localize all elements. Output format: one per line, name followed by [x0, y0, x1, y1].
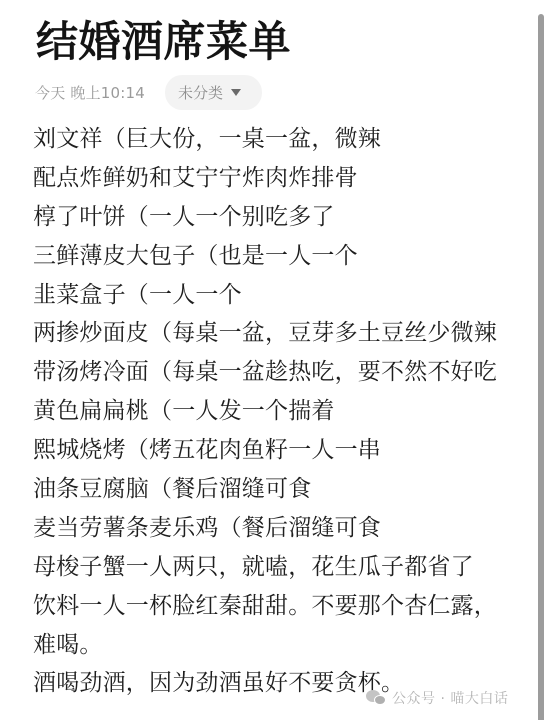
scrollbar[interactable]: [538, 14, 544, 720]
note-line: 饮料一人一杯脸红秦甜甜。不要那个杏仁露，: [33, 587, 513, 626]
wechat-icon: [366, 689, 388, 707]
note-meta: 今天 晚上10:14 未分类: [35, 75, 145, 110]
category-dropdown[interactable]: 未分类: [165, 75, 262, 110]
note-view: 结婚酒席菜单 今天 晚上10:14 未分类 刘文祥（巨大份，一桌一盆，微辣 配点…: [0, 0, 538, 720]
note-line: 难喝。: [33, 626, 513, 665]
note-line: 椁了叶饼（一人一个别吃多了: [33, 198, 513, 237]
note-line: 熙城烧烤（烤五花肉鱼籽一人一串: [33, 431, 513, 470]
note-line: 母梭子蟹一人两只，就嗑，花生瓜子都省了: [33, 548, 513, 587]
note-line: 带汤烤冷面（每桌一盆趁热吃，要不然不好吃: [33, 353, 513, 392]
watermark: 公众号 · 喵大白话: [366, 688, 508, 708]
note-body[interactable]: 刘文祥（巨大份，一桌一盆，微辣 配点炸鲜奶和艾宁宁炸肉炸排骨 椁了叶饼（一人一个…: [33, 120, 513, 703]
note-timestamp: 今天 晚上10:14: [35, 82, 145, 103]
note-line: 三鲜薄皮大包子（也是一人一个: [33, 237, 513, 276]
note-line: 两掺炒面皮（每桌一盆，豆芽多土豆丝少微辣: [33, 314, 513, 353]
note-line: 韭菜盒子（一人一个: [33, 276, 513, 315]
note-line: 油条豆腐脑（餐后溜缝可食: [33, 470, 513, 509]
note-title[interactable]: 结婚酒席菜单: [36, 14, 291, 70]
caret-down-icon: [231, 89, 241, 96]
note-line: 刘文祥（巨大份，一桌一盆，微辣: [33, 120, 513, 159]
note-line: 麦当劳薯条麦乐鸡（餐后溜缝可食: [33, 509, 513, 548]
note-line: 黄色扁扁桃（一人发一个揣着: [33, 392, 513, 431]
note-line: 配点炸鲜奶和艾宁宁炸肉炸排骨: [33, 159, 513, 198]
watermark-text: 公众号 · 喵大白话: [392, 688, 508, 708]
category-label: 未分类: [178, 82, 223, 103]
